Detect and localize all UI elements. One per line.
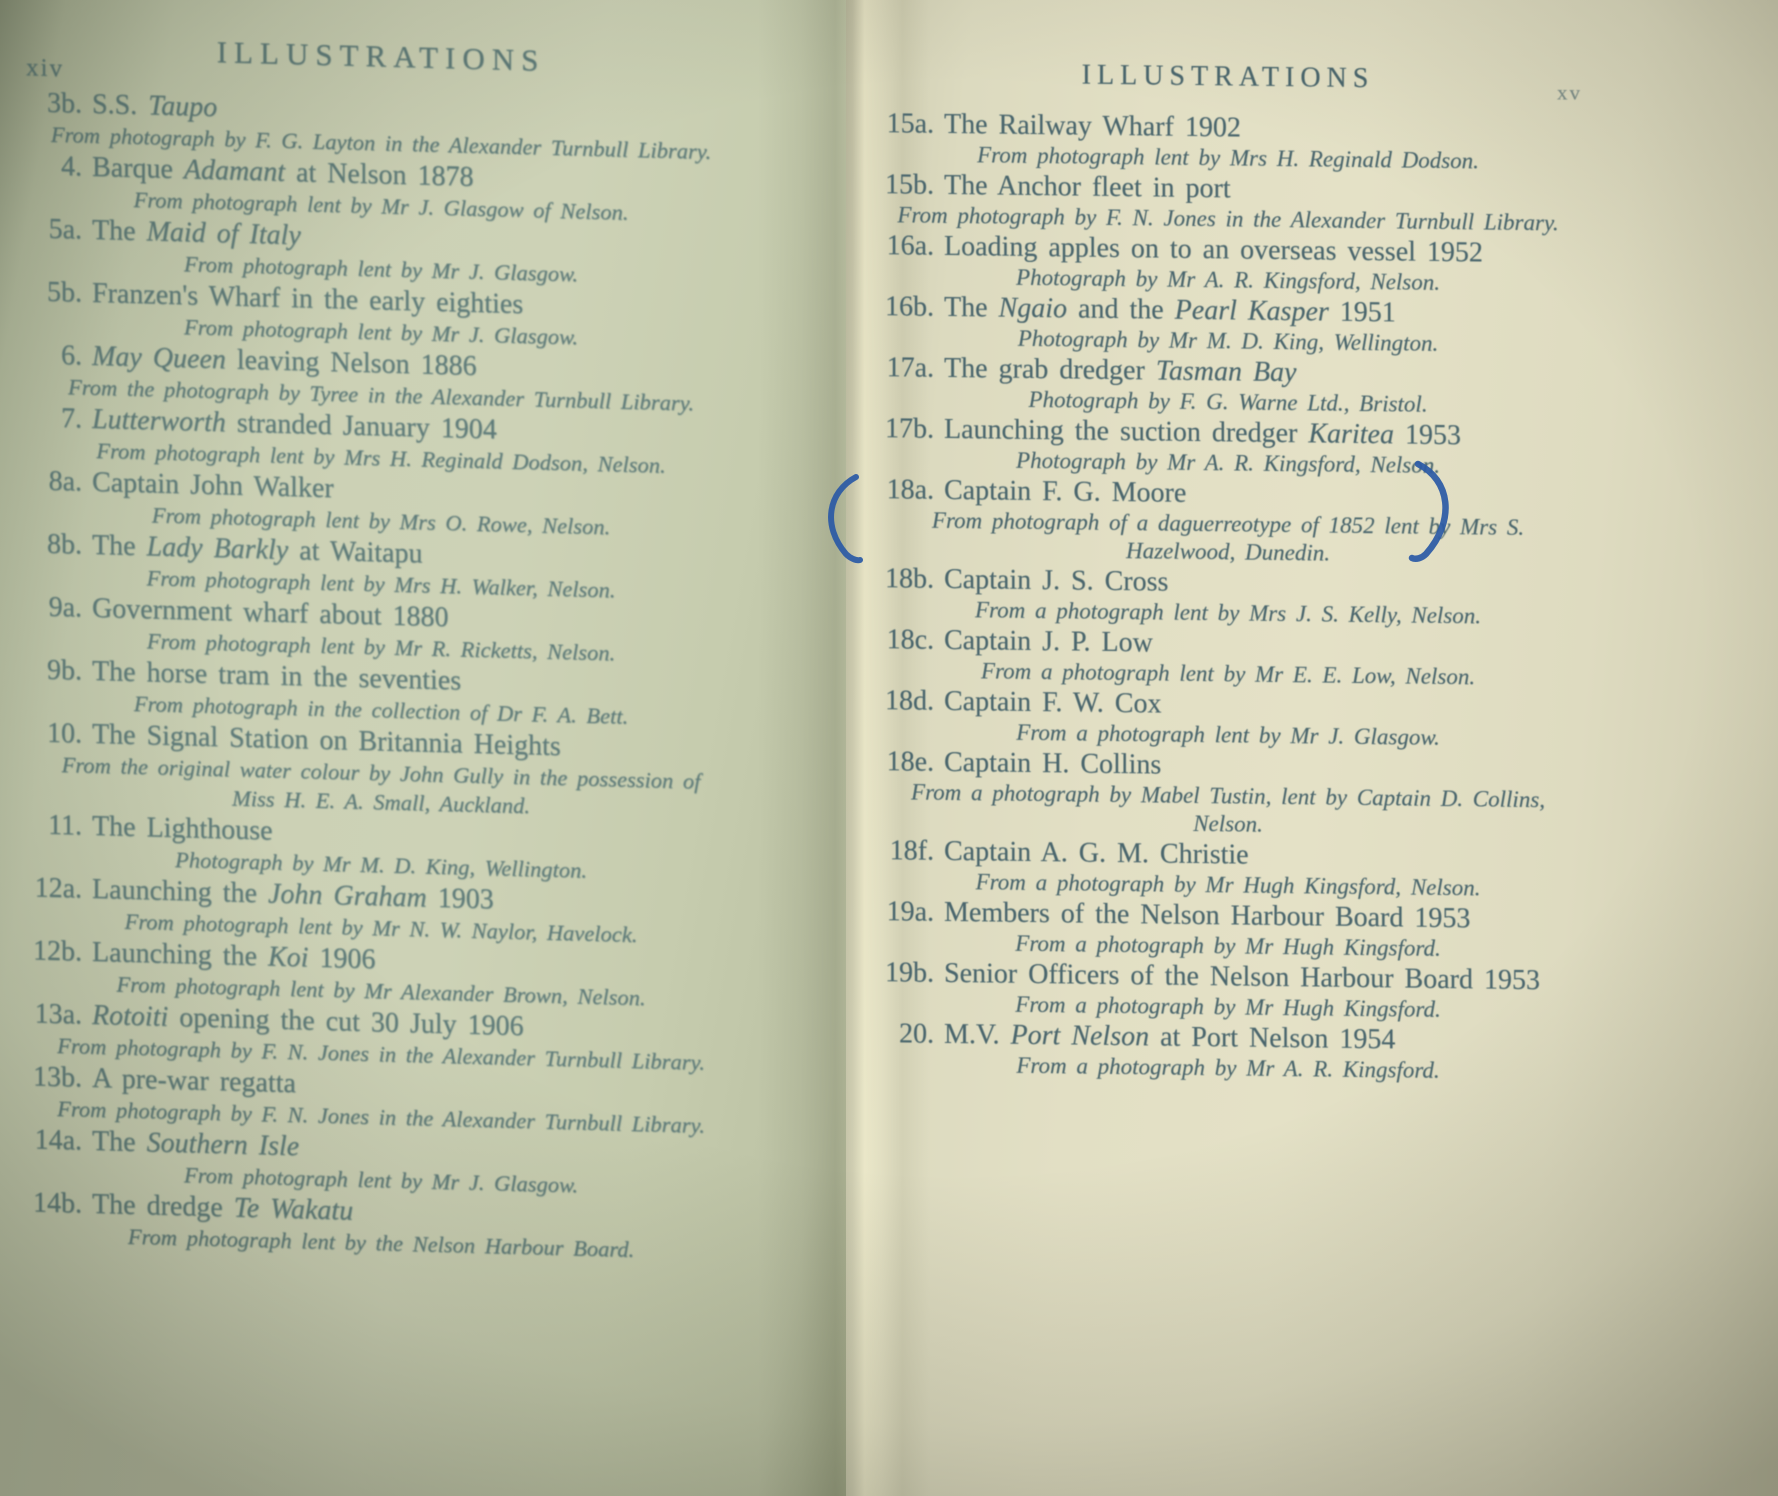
entry-number: 5b. (22, 275, 82, 310)
illustration-entry: 16b.The Ngaio and the Pearl Kasper 1951P… (868, 291, 1588, 360)
entry-number: 4. (22, 149, 82, 184)
entry-number: 14a. (22, 1123, 82, 1158)
entry-number: 15b. (868, 169, 934, 202)
left-page-content: xiv ILLUSTRATIONS 3b.S.S. TaupoFrom phot… (22, 30, 740, 1268)
illustration-entry: 18b.Captain J. S. CrossFrom a photograph… (868, 563, 1588, 632)
open-book-photo: xiv ILLUSTRATIONS 3b.S.S. TaupoFrom phot… (0, 0, 1778, 1496)
illustration-entry: 19b.Senior Officers of the Nelson Harbou… (868, 957, 1588, 1026)
entry-number: 13b. (22, 1060, 82, 1095)
entry-number: 6. (22, 338, 82, 373)
entry-number: 16a. (868, 230, 934, 263)
entry-number: 5a. (22, 212, 82, 247)
illustration-entry: 16a.Loading apples on to an overseas ves… (868, 230, 1588, 299)
illustration-entry: 19a.Members of the Nelson Harbour Board … (868, 896, 1588, 965)
entry-number: 9b. (22, 653, 82, 688)
illustration-entry: 15a.The Railway Wharf 1902From photograp… (868, 108, 1588, 177)
entry-number: 3b. (22, 86, 82, 121)
entry-number: 18f. (868, 835, 934, 868)
entry-number: 8a. (22, 464, 82, 499)
entry-number: 9a. (22, 590, 82, 625)
entry-number: 18a. (868, 474, 934, 507)
entry-number: 7. (22, 401, 82, 436)
illustration-entry: 18c.Captain J. P. LowFrom a photograph l… (868, 624, 1588, 693)
left-page-number: xiv (26, 54, 64, 83)
entry-number: 10. (22, 716, 82, 751)
right-page-number: xv (1557, 80, 1582, 105)
entry-number: 13a. (22, 997, 82, 1032)
right-page-content: xv ILLUSTRATIONS 15a.The Railway Wharf 1… (868, 56, 1588, 1088)
entry-number: 18d. (868, 685, 934, 718)
entry-number: 18b. (868, 563, 934, 596)
entry-number: 11. (22, 808, 82, 843)
entry-number: 18c. (868, 624, 934, 657)
entry-number: 17b. (868, 413, 934, 446)
entry-number: 18e. (868, 746, 934, 779)
entry-number: 16b. (868, 291, 934, 324)
entry-number: 12a. (22, 871, 82, 906)
entry-number: 14b. (22, 1186, 82, 1221)
illustration-entry: 17a.The grab dredger Tasman BayPhotograp… (868, 352, 1588, 421)
entry-number: 20. (868, 1018, 934, 1051)
left-page-entries: 3b.S.S. TaupoFrom photograph by F. G. La… (22, 86, 740, 1267)
entry-number: 19a. (868, 896, 934, 929)
illustration-entry: 17b.Launching the suction dredger Karite… (868, 413, 1588, 482)
entry-number: 15a. (868, 108, 934, 141)
illustration-entry: 10.The Signal Station on Britannia Heigh… (22, 716, 740, 826)
illustration-entry: 18e.Captain H. CollinsFrom a photograph … (868, 746, 1588, 843)
entry-number: 19b. (868, 957, 934, 990)
illustration-entry: 18f.Captain A. G. M. ChristieFrom a phot… (868, 835, 1588, 904)
illustration-entry: 18a.Captain F. G. MooreFrom photograph o… (868, 474, 1588, 571)
entry-number: 12b. (22, 934, 82, 969)
illustration-entry: 20.M.V. Port Nelson at Port Nelson 1954F… (868, 1018, 1588, 1087)
illustration-entry: 15b.The Anchor fleet in portFrom photogr… (868, 169, 1588, 238)
entry-number: 17a. (868, 352, 934, 385)
right-page-entries: 15a.The Railway Wharf 1902From photograp… (868, 108, 1588, 1087)
illustration-entry: 18d.Captain F. W. CoxFrom a photograph l… (868, 685, 1588, 754)
entry-number: 8b. (22, 527, 82, 562)
